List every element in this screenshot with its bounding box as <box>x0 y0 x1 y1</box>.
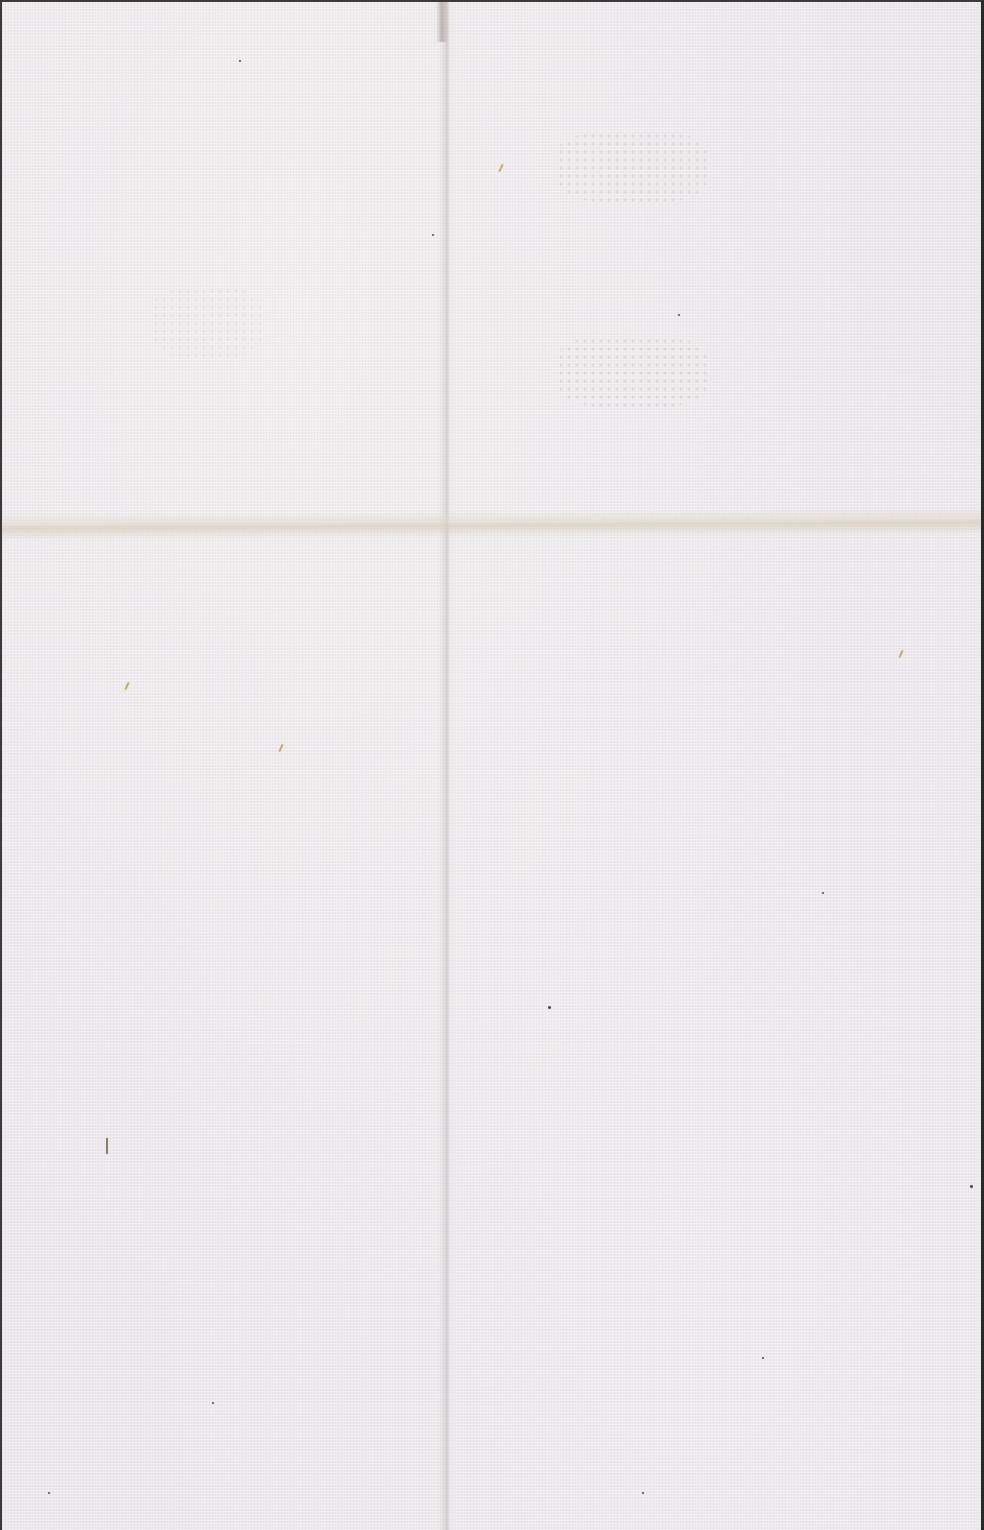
fold-stain-top <box>436 2 448 42</box>
textile-photo <box>0 0 984 1530</box>
woven-diamond-pattern-upper <box>557 132 707 202</box>
fabric-speck <box>212 1402 214 1404</box>
loose-fiber <box>498 164 503 172</box>
vertical-fold-line <box>438 2 456 1530</box>
fabric-speck <box>642 1492 644 1494</box>
loose-fiber <box>898 650 903 658</box>
fabric-speck <box>239 60 241 62</box>
fabric-speck <box>48 1492 50 1494</box>
horizontal-seam <box>2 508 981 540</box>
loose-thread <box>106 1138 108 1154</box>
fabric-speck <box>548 1006 551 1009</box>
woven-diamond-pattern-middle <box>557 337 707 407</box>
fabric-speck <box>678 314 680 316</box>
fabric-speck <box>970 1185 973 1188</box>
faint-pattern-left <box>152 287 262 357</box>
loose-fiber <box>124 682 129 690</box>
fabric-speck <box>762 1357 764 1359</box>
loose-fiber <box>278 744 283 752</box>
fabric-speck <box>822 892 824 894</box>
fabric-speck <box>432 234 434 236</box>
